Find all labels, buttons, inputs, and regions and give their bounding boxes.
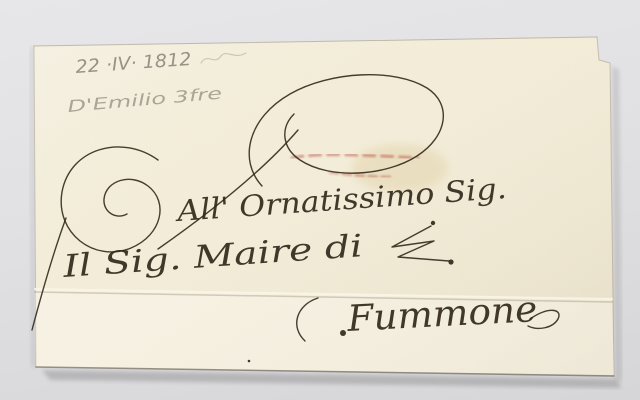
letter-photograph: 22 ·IV· 1812 D'Emilio 3fre All' Ornatiss… xyxy=(0,0,640,400)
ink-dot-2 xyxy=(448,259,453,264)
ink-dot-1 xyxy=(431,221,435,225)
ink-dot-3 xyxy=(340,330,346,336)
ink-speck xyxy=(248,360,251,363)
letter-scene: 22 ·IV· 1812 D'Emilio 3fre All' Ornatiss… xyxy=(0,0,640,400)
